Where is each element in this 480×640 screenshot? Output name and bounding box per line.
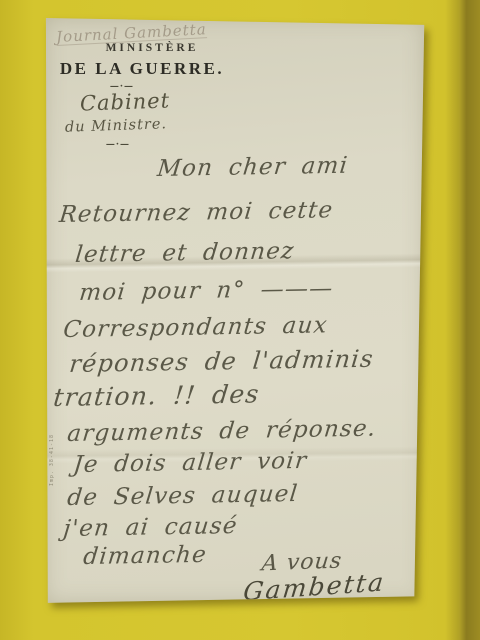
handwriting-line: dimanche bbox=[82, 542, 208, 570]
printer-imprint: Imp. 38-41-18 bbox=[49, 434, 55, 486]
photo-background: Journal Gambetta MINISTÈRE DE LA GUERRE.… bbox=[0, 0, 480, 640]
handwriting-line: Mon cher ami bbox=[156, 153, 350, 182]
letterhead-ministry: MINISTÈRE bbox=[72, 42, 232, 54]
letterhead-department: DE LA GUERRE. bbox=[44, 59, 240, 79]
handwriting-line: Retournez moi cette bbox=[58, 197, 335, 228]
letterhead-office-sub: du Ministre. bbox=[36, 115, 196, 137]
handwriting-line: tration. !! des bbox=[52, 379, 261, 412]
handwriting-line: j'en ai causé bbox=[62, 513, 239, 542]
background-right-edge bbox=[459, 0, 480, 640]
handwriting-line: lettre et donnez bbox=[74, 238, 296, 268]
handwriting-line: de Selves auquel bbox=[66, 481, 300, 511]
letter-paper: Journal Gambetta MINISTÈRE DE LA GUERRE.… bbox=[44, 16, 425, 604]
background-fold-shadow bbox=[445, 0, 459, 640]
letterhead-divider-bottom: —·— bbox=[40, 140, 196, 150]
handwriting-line: arguments de réponse. bbox=[66, 416, 378, 447]
letterhead-office: Cabinet bbox=[45, 87, 206, 117]
handwriting-line: moi pour n° ——— bbox=[78, 276, 335, 306]
letter-paper-shadow: Journal Gambetta MINISTÈRE DE LA GUERRE.… bbox=[44, 16, 425, 604]
handwriting-line: Correspondants aux bbox=[62, 312, 329, 343]
handwriting-line: réponses de l'adminis bbox=[68, 345, 375, 378]
handwriting-line: Je dois aller voir bbox=[72, 448, 309, 478]
